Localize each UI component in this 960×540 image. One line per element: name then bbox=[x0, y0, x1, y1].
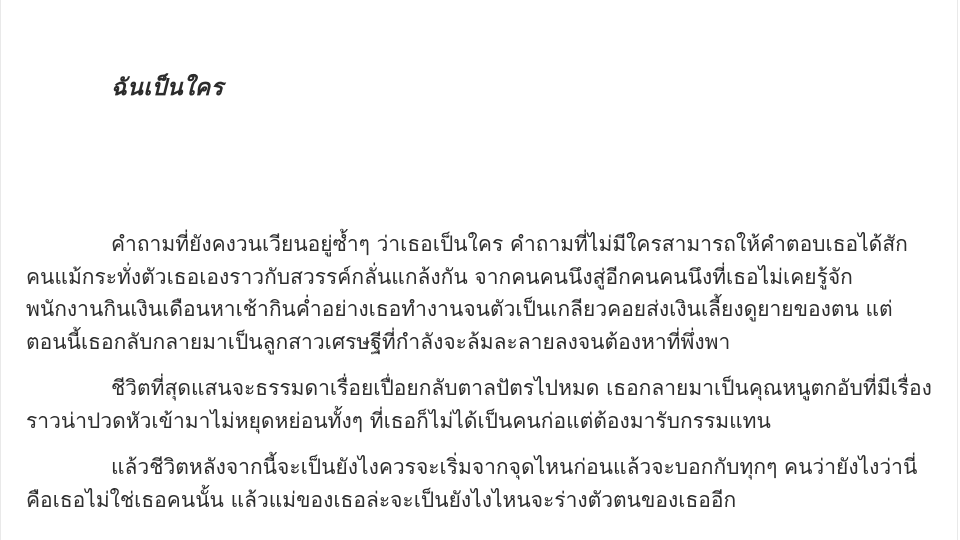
paragraph-2: ชีวิตที่สุดแสนจะธรรมดาเรื่อยเปื่อยกลับตา… bbox=[26, 372, 932, 437]
paragraph-1: คำถามที่ยังคงวนเวียนอยู่ซ้ำๆ ว่าเธอเป็นใ… bbox=[26, 228, 932, 358]
document-page: ฉันเป็นใคร คำถามที่ยังคงวนเวียนอยู่ซ้ำๆ … bbox=[0, 0, 958, 540]
document-body: คำถามที่ยังคงวนเวียนอยู่ซ้ำๆ ว่าเธอเป็นใ… bbox=[26, 228, 932, 530]
paragraph-3: แล้วชีวิตหลังจากนี้จะเป็นยังไงควรจะเริ่ม… bbox=[26, 451, 932, 516]
chapter-title: ฉันเป็นใคร bbox=[111, 70, 224, 106]
